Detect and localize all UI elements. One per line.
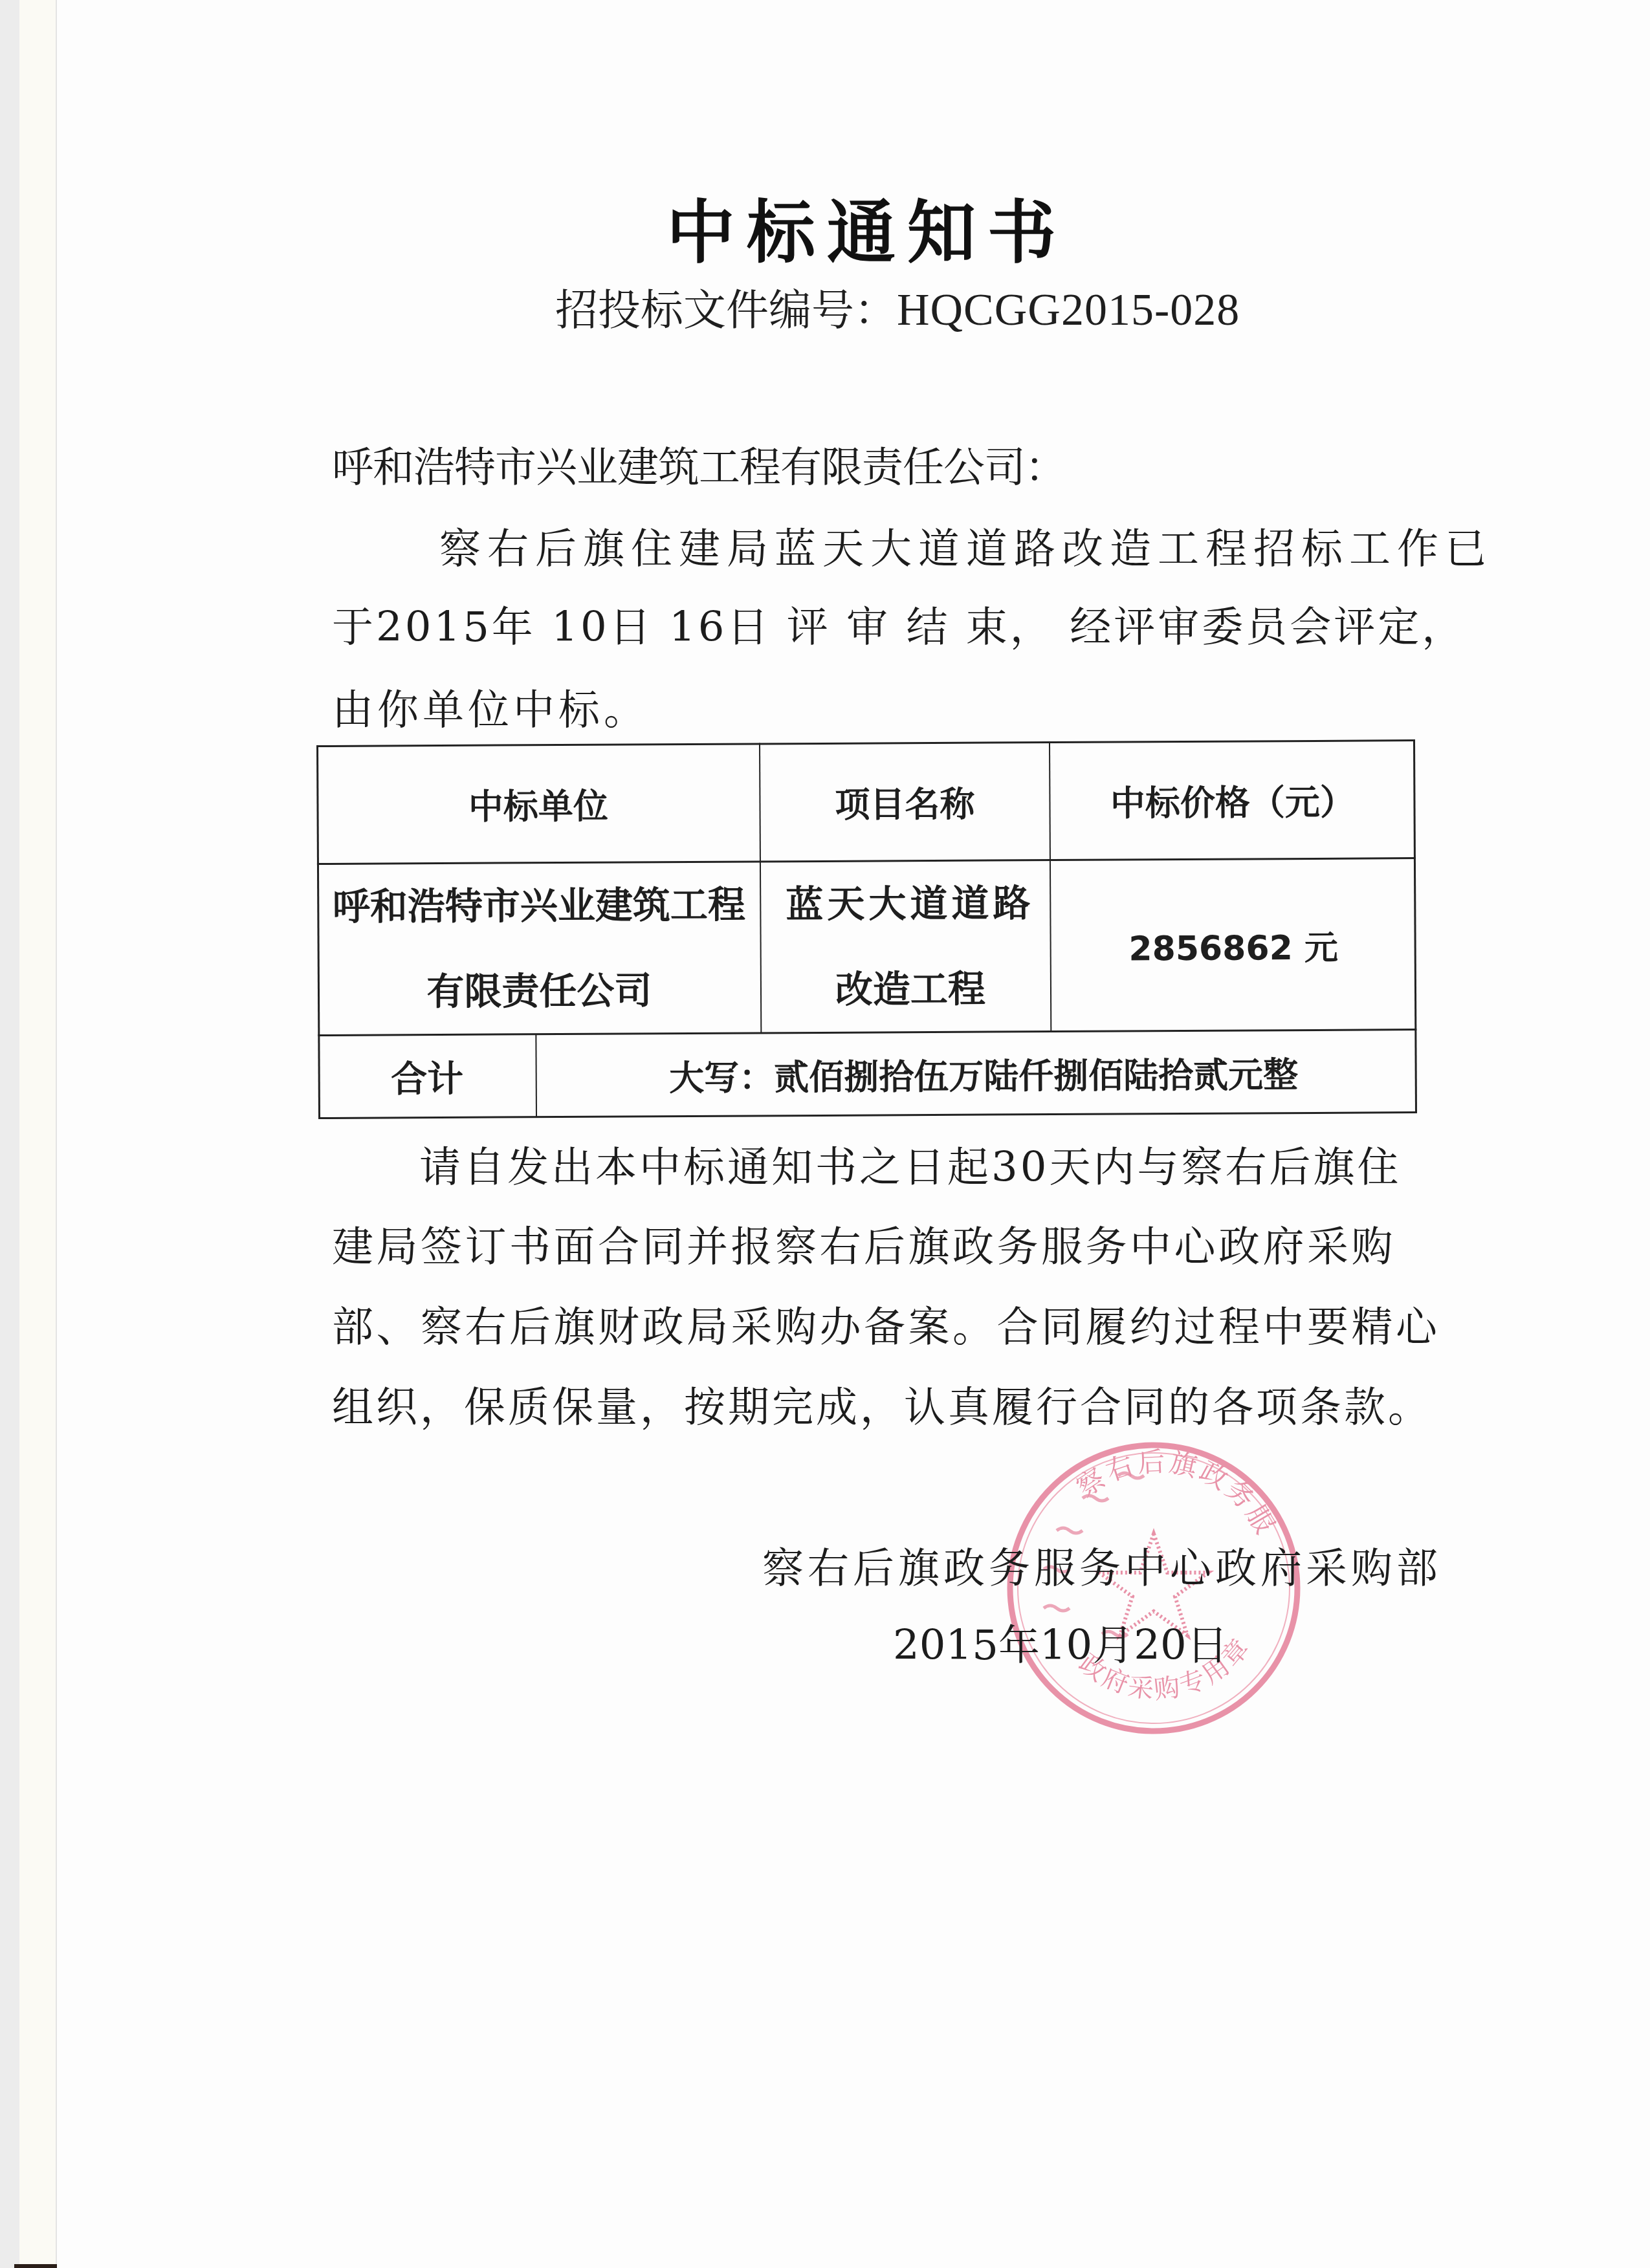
scan-edge <box>0 0 19 2268</box>
cell-price: 2856862 元 <box>1050 858 1416 1031</box>
project-line1: 蓝天大道道路 <box>786 860 1035 947</box>
signature-organization: 察右后旗政务服务中心政府采购部 <box>762 1543 1442 1595</box>
paragraph1-line2: 于2015年 10日 16日 评 审 结 束， 经评审委员会评定， <box>332 602 1466 653</box>
scan-artifact <box>14 2264 57 2268</box>
cell-project: 蓝天大道道路 改造工程 <box>760 860 1051 1032</box>
header-price: 中标价格（元） <box>1050 739 1416 860</box>
total-label: 合计 <box>318 1034 536 1118</box>
paragraph2-line3: 部、察右后旗财政局采购办备案。合同履约过程中要精心 <box>332 1302 1440 1353</box>
winner-line1: 呼和浩特市兴业建筑工程 <box>332 862 745 950</box>
cell-winner: 呼和浩特市兴业建筑工程 有限责任公司 <box>317 862 761 1035</box>
winner-line2: 有限责任公司 <box>426 948 652 1034</box>
document-title: 中标通知书 <box>666 194 1068 272</box>
award-table: 中标单位 项目名称 中标价格（元） 呼和浩特市兴业建筑工程 有限责任公司 蓝天大… <box>316 739 1417 1119</box>
signature-date: 2015年10月20日 <box>893 1620 1228 1672</box>
paragraph2-line1: 请自发出本中标通知书之日起30天内与察右后旗住 <box>419 1142 1401 1194</box>
paragraph2-line4: 组织，保质保量，按期完成，认真履行合同的各项条款。 <box>332 1382 1432 1434</box>
paragraph2-line2: 建局签订书面合同并报察右后旗政务服务中心政府采购 <box>332 1221 1396 1273</box>
paragraph1-line3: 由你单位中标。 <box>332 684 649 736</box>
header-project: 项目名称 <box>760 741 1050 862</box>
paragraph1-line1: 察右后旗住建局蓝天大道道路改造工程招标工作已 <box>439 523 1493 575</box>
project-line2: 改造工程 <box>835 946 986 1032</box>
addressee: 呼和浩特市兴业建筑工程有限责任公司： <box>332 442 1066 494</box>
reference-code: HQCGG2015-028 <box>897 285 1240 335</box>
header-winner: 中标单位 <box>316 743 760 864</box>
scan-margin-strip <box>19 0 57 2268</box>
reference-label: 招投标文件编号： <box>555 285 897 335</box>
reference-number: 招投标文件编号：HQCGG2015-028 <box>555 285 1240 336</box>
total-value: 大写：贰佰捌拾伍万陆仟捌佰陆拾贰元整 <box>536 1030 1417 1117</box>
